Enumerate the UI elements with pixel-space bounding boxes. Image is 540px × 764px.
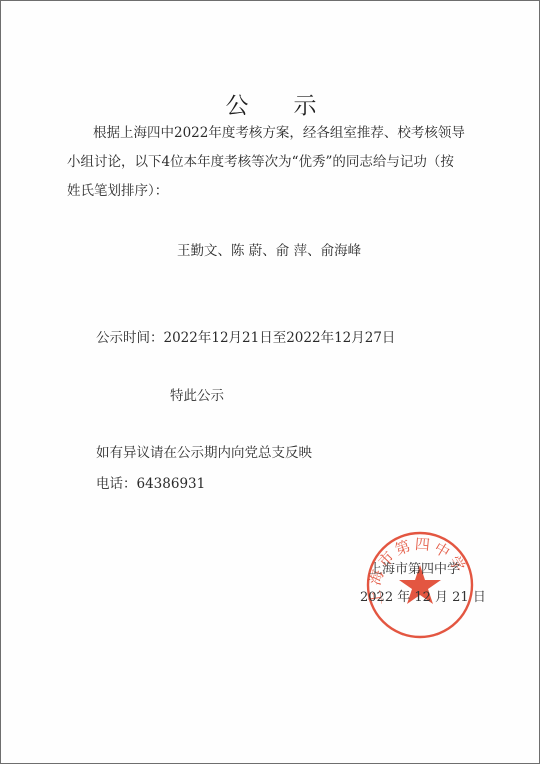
body-paragraph-line-1: 根据上海四中2022年度考核方案，经各组室推荐、校考核领导 [93, 119, 465, 148]
body-paragraph-line-2: 小组讨论，以下4位本年度考核等次为“优秀”的同志给与记功（按 [67, 148, 454, 177]
body-paragraph-line-3: 姓氏笔划排序）： [67, 177, 168, 206]
notice-closing: 特此公示 [170, 384, 224, 404]
page-title: 公示 [1, 87, 540, 120]
title-char-1: 公 [225, 87, 249, 120]
notice-period: 公示时间：2022年12月21日至2022年12月27日 [96, 326, 395, 346]
title-char-2: 示 [293, 87, 317, 120]
red-star-seal-icon: 上海市第四中学 [364, 529, 476, 641]
contact-phone: 电话：64386931 [96, 472, 205, 492]
awardee-names: 王勤文、陈 蔚、俞 萍、俞海峰 [177, 239, 361, 259]
objection-instruction: 如有异议请在公示期内向党总支反映 [96, 441, 312, 461]
issuer-name: 上海市第四中学 [369, 558, 460, 577]
issue-date: 2022 年 12 月 21 日 [360, 586, 486, 605]
document-page: 公示 根据上海四中2022年度考核方案，经各组室推荐、校考核领导 小组讨论，以下… [0, 0, 540, 764]
